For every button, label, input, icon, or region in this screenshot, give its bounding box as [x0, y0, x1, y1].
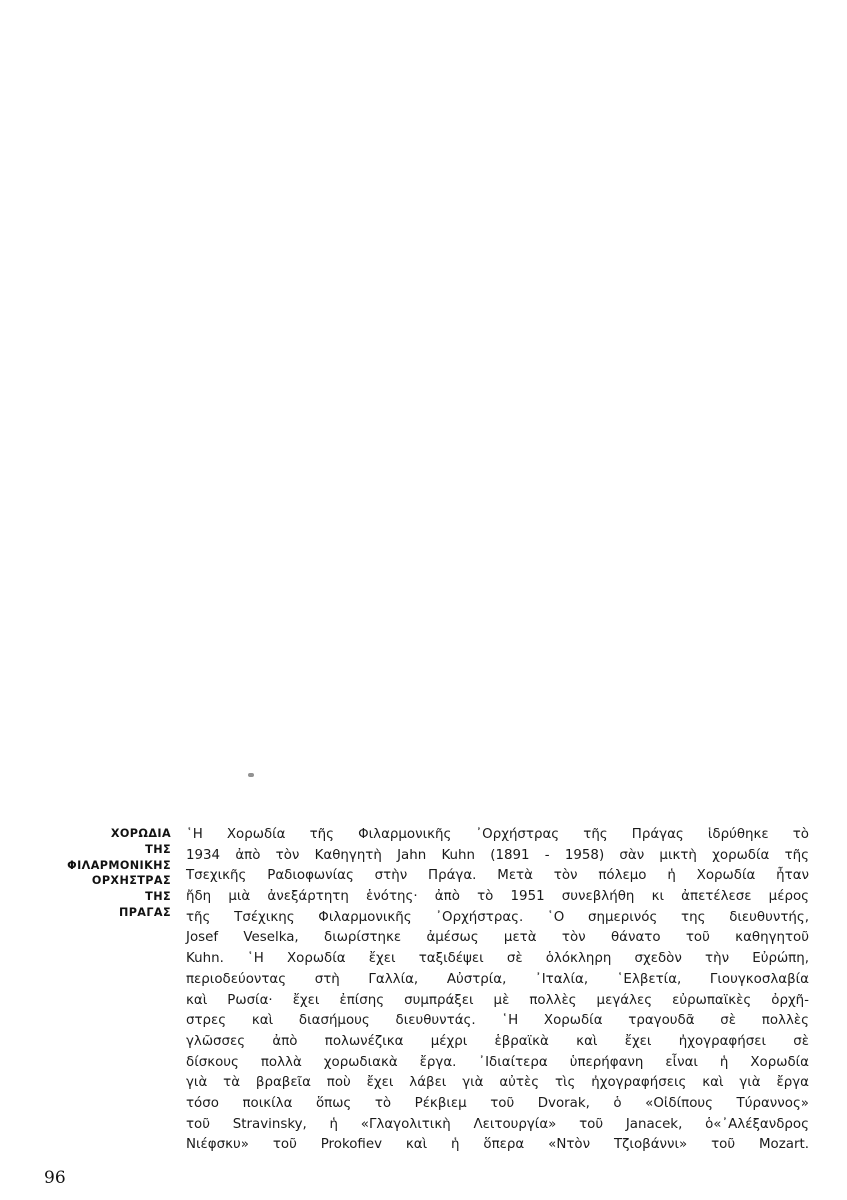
text-line: Josef Veselka, διωρίστηκε ἀμέσως μετὰ τὸ…	[186, 928, 809, 949]
text-line: ἤδη μιὰ ἀνεξάρτητη ἑνότης· ἀπὸ τὸ 1951 σ…	[186, 887, 809, 908]
text-line: Kuhn. ῾Η Χορωδία ἔχει ταξιδέψει σὲ ὁλόκλ…	[186, 949, 809, 970]
heading-line: ΧΟΡΩΔΙΑ	[60, 826, 171, 842]
text-line: 1934 ἀπὸ τὸν Καθηγητὴ Jahn Kuhn (1891 - …	[186, 846, 809, 867]
section-heading: ΧΟΡΩΔΙΑ ΤΗΣ ΦΙΛΑΡΜΟΝΙΚΗΣ ΟΡΧΗΣΤΡΑΣ ΤΗΣ Π…	[60, 826, 171, 921]
page-number: 96	[44, 1168, 66, 1188]
text-line: τόσο ποικίλα ὅπως τὸ Ρέκβιεμ τοῦ Dvorak,…	[186, 1094, 809, 1115]
text-line: στρες καὶ διασήμους διευθυντάς. ῾Η Χορωδ…	[186, 1011, 809, 1032]
heading-line: ΠΡΑΓΑΣ	[60, 905, 171, 921]
text-line: Νιέφσκυ» τοῦ Prokofiev καὶ ἡ ὅπερα «Ντὸν…	[186, 1135, 809, 1156]
text-line: περιοδεύοντας στὴ Γαλλία, Αὐστρία, ᾿Ιταλ…	[186, 970, 809, 991]
text-line: γιὰ τὰ βραβεῖα ποὺ ἔχει λάβει γιὰ αὐτὲς …	[186, 1073, 809, 1094]
text-line: Τσεχικῆς Ραδιοφωνίας στὴν Πράγα. Μετὰ τὸ…	[186, 866, 809, 887]
heading-line: ΦΙΛΑΡΜΟΝΙΚΗΣ	[60, 858, 171, 874]
text-line: τῆς Τσέχικης Φιλαρμονικῆς ᾿Ορχήστρας. ῾Ο…	[186, 908, 809, 929]
article-body: ῾Η Χορωδία τῆς Φιλαρμονικῆς ᾿Ορχήστρας τ…	[186, 825, 809, 1156]
heading-line: ΤΗΣ	[60, 889, 171, 905]
text-line: γλῶσσες ἀπὸ πολωνέζικα μέχρι ἑβραϊκὰ καὶ…	[186, 1032, 809, 1053]
text-line: ῾Η Χορωδία τῆς Φιλαρμονικῆς ᾿Ορχήστρας τ…	[186, 825, 809, 846]
scan-speck	[248, 773, 254, 777]
heading-line: ΟΡΧΗΣΤΡΑΣ	[60, 873, 171, 889]
text-line: καὶ Ρωσία· ἔχει ἐπίσης συμπράξει μὲ πολλ…	[186, 991, 809, 1012]
heading-line: ΤΗΣ	[60, 842, 171, 858]
text-line: τοῦ Stravinsky, ἡ «Γλαγολιτικὴ Λειτουργί…	[186, 1115, 809, 1136]
text-line: δίσκους πολλὰ χορωδιακὰ ἔργα. ᾿Ιδιαίτερα…	[186, 1053, 809, 1074]
